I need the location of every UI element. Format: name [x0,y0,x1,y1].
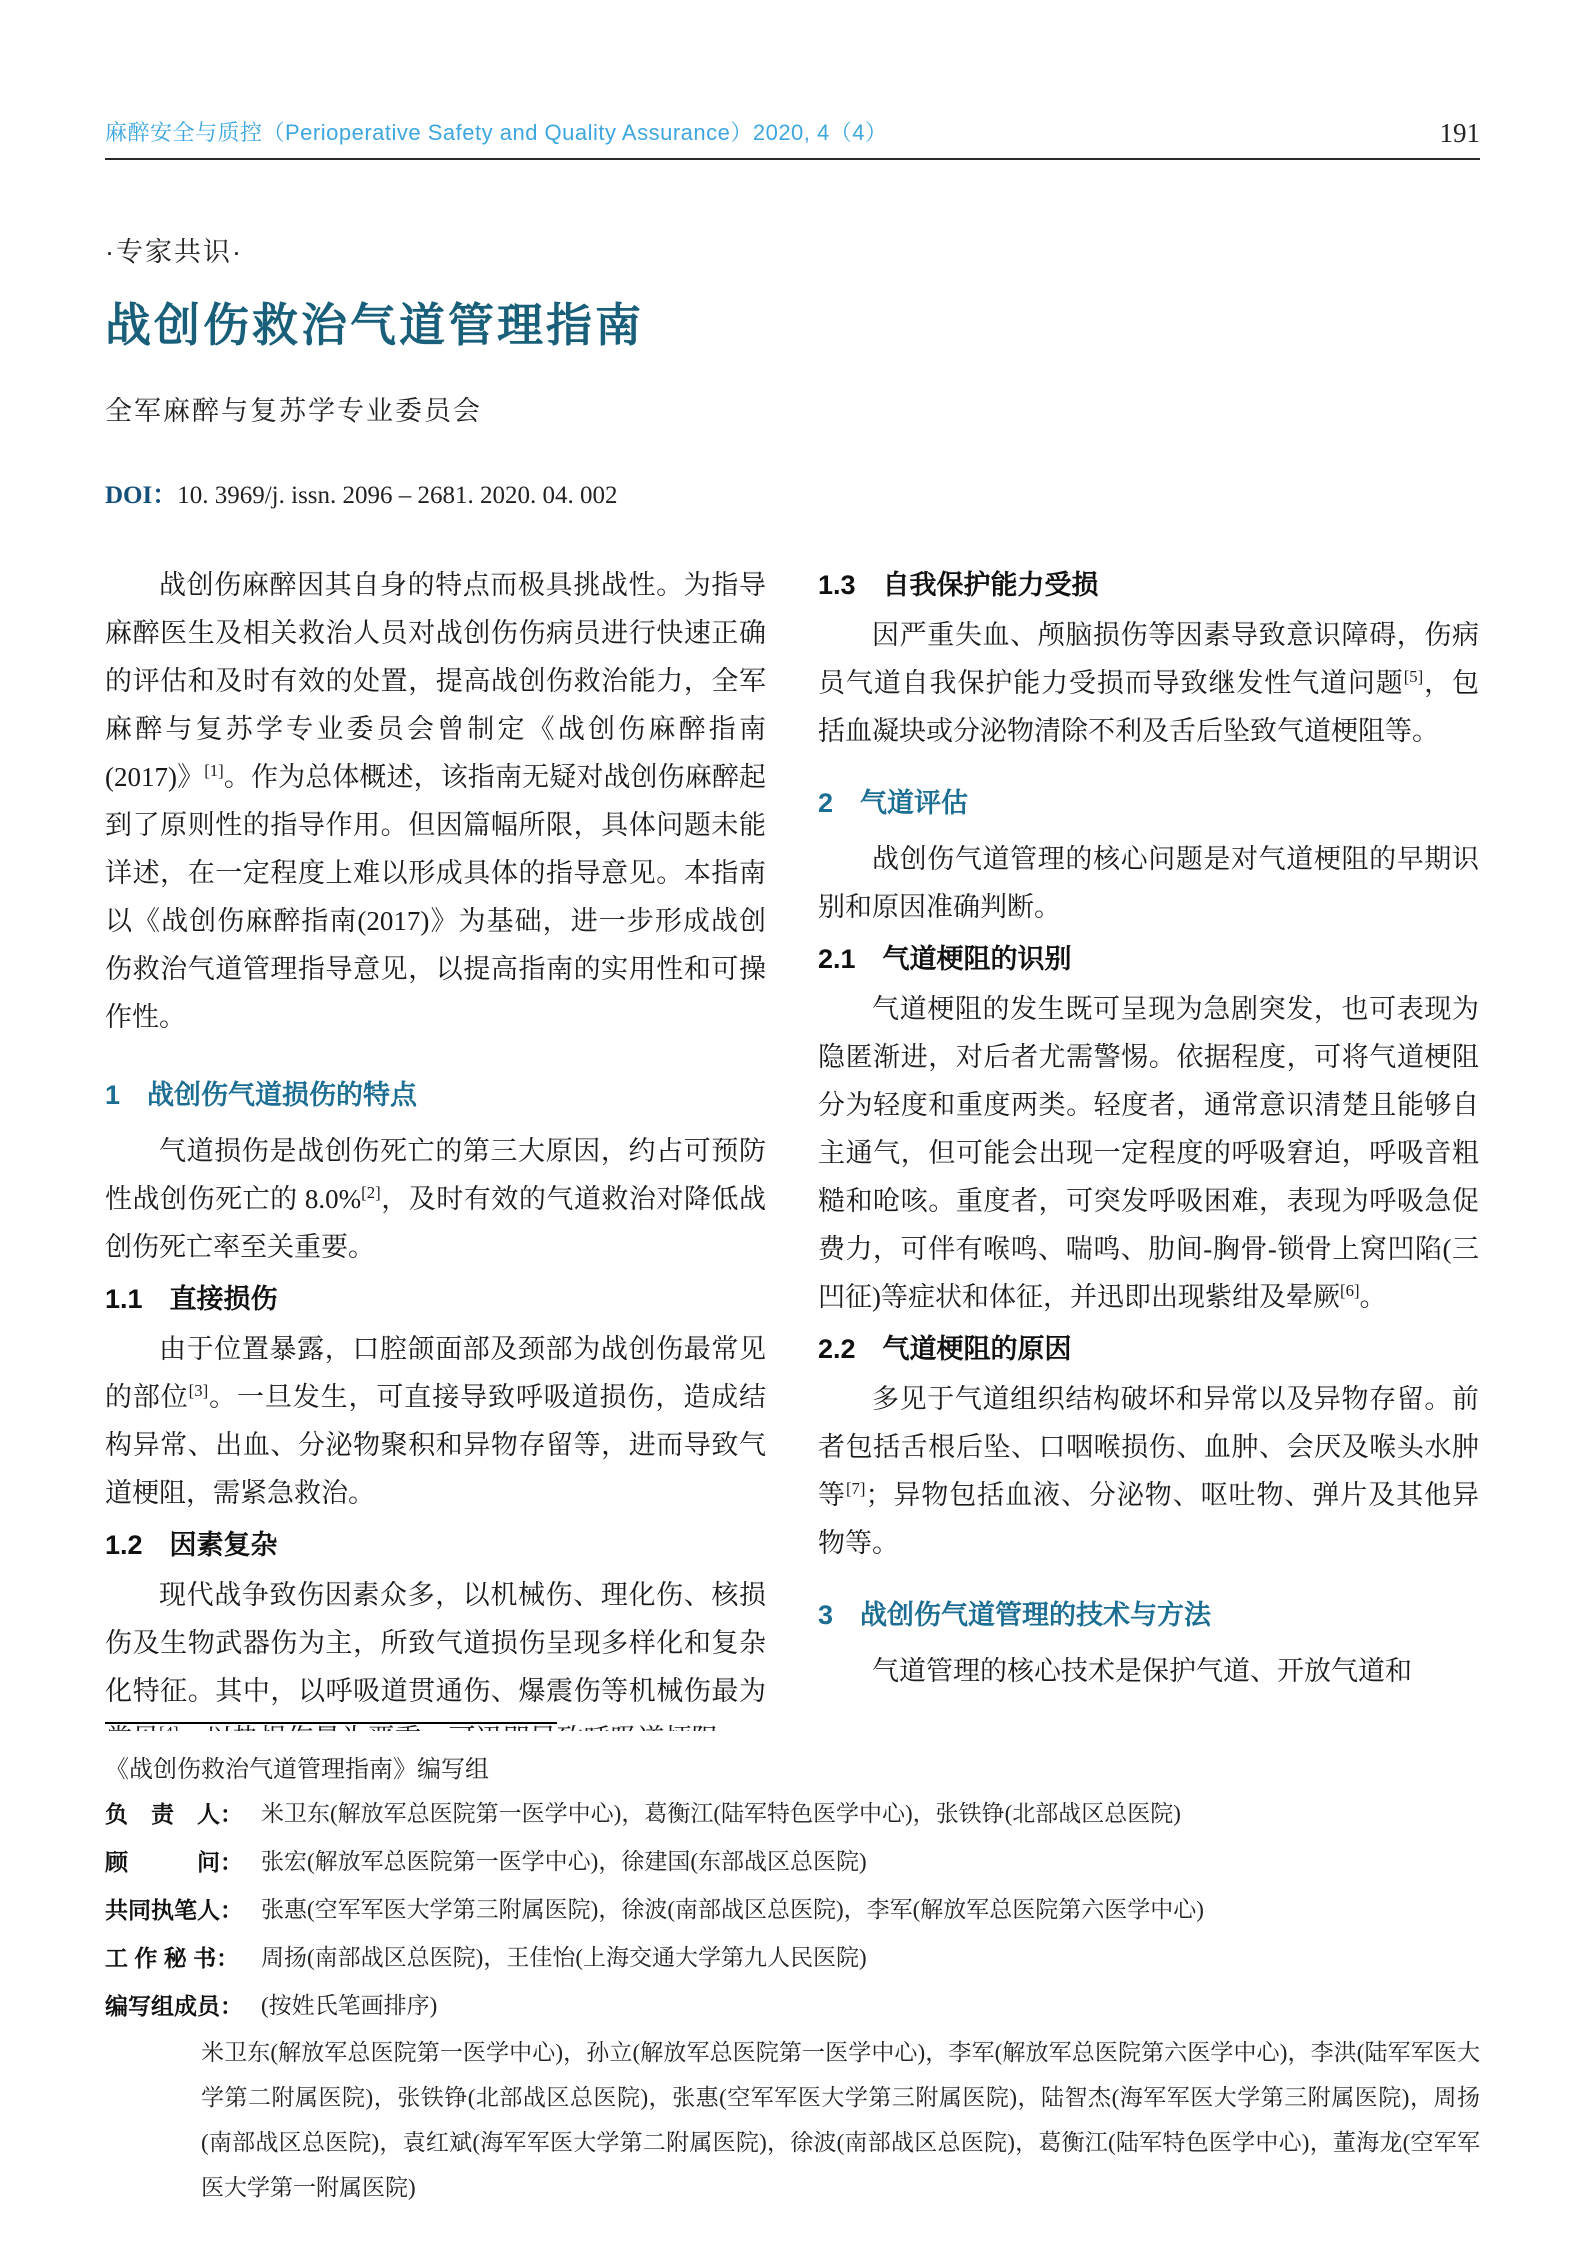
doi-line: DOI：10. 3969/j. issn. 2096 – 2681. 2020.… [105,479,1480,513]
article-title: 战创伤救治气道管理指南 [105,297,1480,355]
section-2-1-paragraph: 气道梗阻的发生既可呈现为急剧突发，也可表现为隐匿渐进，对后者尤需警惕。依据程度，… [818,985,1479,1321]
intro-paragraph: 战创伤麻醉因其自身的特点而极具挑战性。为指导麻醉医生及相关救治人员对战创伤伤病员… [105,561,766,1041]
leaders-row: 负 责 人： 米卫东(解放军总医院第一医学中心)，葛衡江(陆军特色医学中心)，张… [105,1790,1480,1838]
section-3-heading: 3 战创伤气道管理的技术与方法 [818,1591,1479,1639]
section-1-3-heading: 1.3 自我保护能力受损 [818,561,1479,609]
doi-value: 10. 3969/j. issn. 2096 – 2681. 2020. 04.… [177,482,617,509]
co-writers-value: 张惠(空军军医大学第三附属医院)，徐波(南部战区总医院)，李军(解放军总医院第六… [261,1886,1204,1934]
secretaries-row: 工 作 秘 书： 周扬(南部战区总医院)，王佳怡(上海交通大学第九人民医院) [105,1934,1480,1982]
left-column: 战创伤麻醉因其自身的特点而极具挑战性。为指导麻醉医生及相关救治人员对战创伤伤病员… [105,561,766,1731]
secretaries-label: 工 作 秘 书： [105,1934,261,1982]
journal-page: 麻醉安全与质控（Perioperative Safety and Quality… [0,0,1585,2242]
leaders-value: 米卫东(解放军总医院第一医学中心)，葛衡江(陆军特色医学中心)，张铁铮(北部战区… [261,1790,1181,1838]
co-writers-row: 共同执笔人： 张惠(空军军医大学第三附属医院)，徐波(南部战区总医院)，李军(解… [105,1886,1480,1934]
writing-group-title: 《战创伤救治气道管理指南》编写组 [105,1750,1480,1790]
page-number: 191 [1440,118,1481,148]
section-2-2-paragraph: 多见于气道组织结构破坏和异常以及异物存留。前者包括舌根后坠、口咽喉损伤、血肿、会… [818,1375,1479,1567]
section-1-heading: 1 战创伤气道损伤的特点 [105,1071,766,1119]
section-1-2-paragraph: 现代战争致伤因素众多，以机械伤、理化伤、核损伤及生物武器伤为主，所致气道损伤呈现… [105,1571,766,1731]
section-3-paragraph: 气道管理的核心技术是保护气道、开放气道和 [818,1647,1479,1695]
members-label: 编写组成员： [105,1982,261,2030]
footnote-rule [105,1722,557,1724]
journal-title: 麻醉安全与质控（Perioperative Safety and Quality… [105,118,888,148]
section-1-1-heading: 1.1 直接损伤 [105,1275,766,1323]
advisors-value: 张宏(解放军总医院第一医学中心)，徐建国(东部战区总医院) [261,1838,867,1886]
writing-group-footnote: 《战创伤救治气道管理指南》编写组 负 责 人： 米卫东(解放军总医院第一医学中心… [105,1722,1480,2210]
section-1-paragraph: 气道损伤是战创伤死亡的第三大原因，约占可预防性战创伤死亡的 8.0%[2]，及时… [105,1127,766,1271]
members-sort-note: (按姓氏笔画排序) [261,1982,437,2030]
leaders-label: 负 责 人： [105,1790,261,1838]
section-1-2-heading: 1.2 因素复杂 [105,1521,766,1569]
section-1-1-paragraph: 由于位置暴露，口腔颌面部及颈部为战创伤最常见的部位[3]。一旦发生，可直接导致呼… [105,1325,766,1517]
article-author: 全军麻醉与复苏学专业委员会 [105,393,1480,429]
advisors-row: 顾 问： 张宏(解放军总医院第一医学中心)，徐建国(东部战区总医院) [105,1838,1480,1886]
section-2-paragraph: 战创伤气道管理的核心问题是对气道梗阻的早期识别和原因准确判断。 [818,835,1479,931]
right-column: 1.3 自我保护能力受损 因严重失血、颅脑损伤等因素导致意识障碍，伤病员气道自我… [818,561,1479,1731]
section-2-1-heading: 2.1 气道梗阻的识别 [818,935,1479,983]
members-list: 米卫东(解放军总医院第一医学中心)，孙立(解放军总医院第一医学中心)，李军(解放… [201,2030,1480,2210]
co-writers-label: 共同执笔人： [105,1886,261,1934]
doi-label: DOI： [105,482,177,509]
section-2-heading: 2 气道评估 [818,779,1479,827]
column-category-label: ·专家共识· [105,230,1480,269]
body-columns: 战创伤麻醉因其自身的特点而极具挑战性。为指导麻醉医生及相关救治人员对战创伤伤病员… [105,561,1480,1731]
section-1-3-paragraph: 因严重失血、颅脑损伤等因素导致意识障碍，伤病员气道自我保护能力受损而导致继发性气… [818,611,1479,755]
members-row: 编写组成员： (按姓氏笔画排序) [105,1982,1480,2030]
page-header: 麻醉安全与质控（Perioperative Safety and Quality… [105,118,1480,148]
header-rule [105,158,1480,160]
secretaries-value: 周扬(南部战区总医院)，王佳怡(上海交通大学第九人民医院) [261,1934,867,1982]
advisors-label: 顾 问： [105,1838,261,1886]
section-2-2-heading: 2.2 气道梗阻的原因 [818,1325,1479,1373]
